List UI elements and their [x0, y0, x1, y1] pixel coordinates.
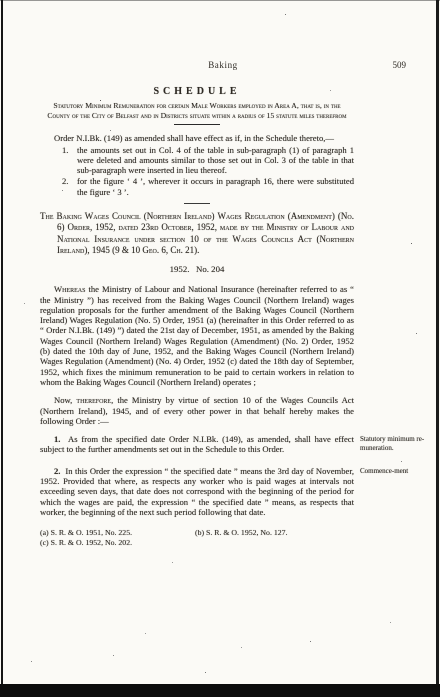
scan-edge-left [1, 0, 3, 697]
list-item-text: the amounts set out in Col. 4 of the tab… [77, 145, 354, 176]
whereas-lead: Whereas [54, 284, 85, 294]
list-item-text: for the figure ‘ 4 ’, wherever it occurs… [77, 176, 354, 197]
margin-note-statutory-minimum: Statutory minimum re-muneration. [360, 435, 436, 452]
divider-rule [174, 124, 220, 125]
running-header: Baking 509 [40, 60, 406, 72]
schedule-amendment-list: 1. the amounts set out in Col. 4 of the … [62, 145, 354, 197]
footnote-c: (c) S. R. & O. 1952, No. 202. [40, 538, 132, 548]
divider-ornament [184, 203, 210, 204]
scan-edge-top [0, 0, 440, 1]
scan-edge-bottom [0, 684, 440, 697]
order-citation: 1952. No. 204 [40, 264, 354, 274]
list-item: 2. for the figure ‘ 4 ’, wherever it occ… [62, 176, 354, 197]
footnotes: (a) S. R. & O. 1951, No. 225. (b) S. R. … [40, 528, 354, 547]
running-header-title: Baking [40, 60, 406, 70]
document-page: Baking 509 SCHEDULE Statutory Minimum Re… [0, 0, 440, 697]
list-item-number: 2. [62, 176, 77, 197]
preamble-text: the Ministry of Labour and National Insu… [40, 284, 354, 387]
enacting-lead: Now, [54, 395, 76, 405]
page-number: 509 [393, 60, 407, 70]
scan-noise [0, 0, 1, 1]
article-1: 1. As from the specified date Order N.I.… [40, 434, 354, 455]
schedule-intro: Order N.I.Bk. (149) as amended shall hav… [40, 133, 354, 143]
footnote-row: (a) S. R. & O. 1951, No. 225. (b) S. R. … [40, 528, 354, 538]
preamble-paragraph: Whereas the Ministry of Labour and Natio… [40, 284, 354, 387]
margin-note-commencement: Commence-ment [360, 467, 436, 475]
footnote-row: (c) S. R. & O. 1952, No. 202. [40, 538, 354, 548]
footnote-b: (b) S. R. & O. 1952, No. 127. [195, 528, 287, 538]
schedule-heading: SCHEDULE [40, 86, 354, 97]
article-text: In this Order the expression “ the speci… [40, 466, 354, 517]
article-number: 1. [54, 434, 60, 444]
enacting-paragraph: Now, therefore, the Ministry by virtue o… [40, 395, 354, 426]
schedule-headnote: Statutory Minimum Remuneration for certa… [44, 101, 350, 120]
article-text: As from the specified date Order N.I.Bk.… [40, 434, 354, 454]
footnote-a: (a) S. R. & O. 1951, No. 225. [40, 528, 195, 538]
list-item: 1. the amounts set out in Col. 4 of the … [62, 145, 354, 176]
list-item-number: 1. [62, 145, 77, 176]
scan-edge-right [436, 0, 439, 692]
article-number: 2. [54, 466, 60, 476]
enacting-therefore: therefore [76, 395, 111, 405]
order-title: The Baking Wages Council (Northern Irela… [40, 211, 354, 256]
text-column: SCHEDULE Statutory Minimum Remuneration … [40, 86, 354, 547]
article-2: 2. In this Order the expression “ the sp… [40, 466, 354, 517]
